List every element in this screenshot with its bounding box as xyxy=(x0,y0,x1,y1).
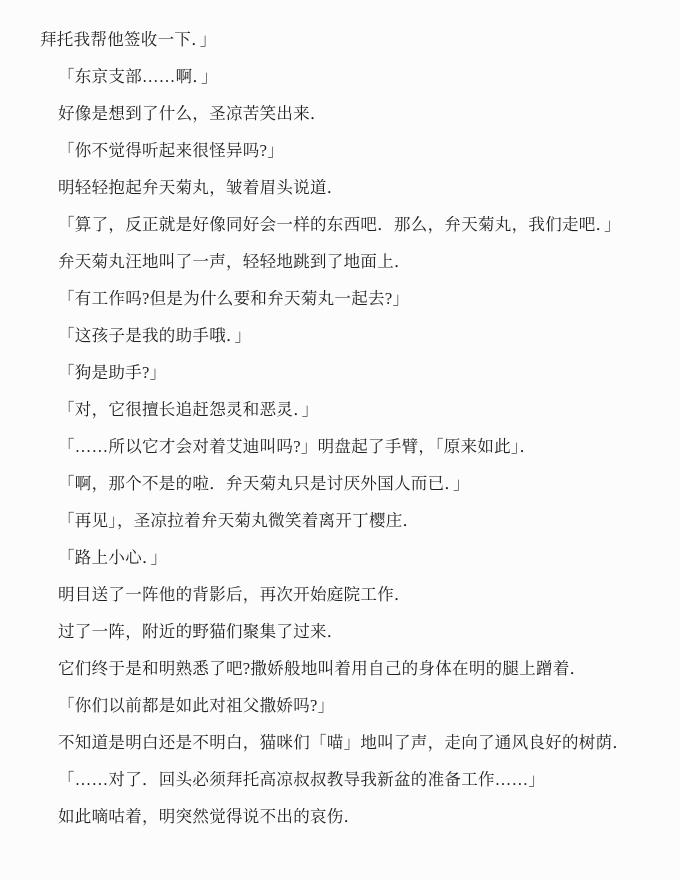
paragraph: 「路上小心．」 xyxy=(40,539,650,576)
paragraph: 「有工作吗?但是为什么要和弁天菊丸一起去?」 xyxy=(40,280,650,317)
paragraph: 好像是想到了什么，圣凉苦笑出来． xyxy=(40,95,650,132)
book-page: 拜托我帮他签收一下．」「东京支部……啊．」好像是想到了什么，圣凉苦笑出来．「你不… xyxy=(0,0,680,880)
paragraph: 明目送了一阵他的背影后，再次开始庭院工作． xyxy=(40,576,650,613)
paragraph: 「啊，那个不是的啦．弁天菊丸只是讨厌外国人而已．」 xyxy=(40,465,650,502)
paragraph: 「你们以前都是如此对祖父撒娇吗?」 xyxy=(40,687,650,724)
paragraph: 「这孩子是我的助手哦．」 xyxy=(40,317,650,354)
paragraph: 「……所以它才会对着艾迪叫吗?」明盘起了手臂，「原来如此」． xyxy=(40,428,650,465)
paragraph: 它们终于是和明熟悉了吧?撒娇般地叫着用自己的身体在明的腿上蹭着． xyxy=(40,650,650,687)
paragraph: 「狗是助手?」 xyxy=(40,354,650,391)
paragraph: 「……对了．回头必须拜托高凉叔叔教导我新盆的准备工作……」 xyxy=(40,761,650,798)
paragraph: 拜托我帮他签收一下．」 xyxy=(40,21,650,58)
paragraph: 「东京支部……啊．」 xyxy=(40,58,650,95)
paragraph: 「你不觉得听起来很怪异吗?」 xyxy=(40,132,650,169)
page-text: 拜托我帮他签收一下．」「东京支部……啊．」好像是想到了什么，圣凉苦笑出来．「你不… xyxy=(40,21,650,835)
paragraph: 「对，它很擅长追赶怨灵和恶灵．」 xyxy=(40,391,650,428)
paragraph: 明轻轻抱起弁天菊丸，皱着眉头说道． xyxy=(40,169,650,206)
paragraph: 「再见」，圣凉拉着弁天菊丸微笑着离开丁樱庄． xyxy=(40,502,650,539)
paragraph: 弁天菊丸汪地叫了一声，轻轻地跳到了地面上． xyxy=(40,243,650,280)
paragraph: 如此嘀咕着，明突然觉得说不出的哀伤． xyxy=(40,798,650,835)
paragraph: 「算了，反正就是好像同好会一样的东西吧．那么，弁天菊丸，我们走吧．」 xyxy=(40,206,650,243)
paragraph: 过了一阵，附近的野猫们聚集了过来． xyxy=(40,613,650,650)
paragraph: 不知道是明白还是不明白，猫咪们「喵」地叫了声，走向了通风良好的树荫． xyxy=(40,724,650,761)
